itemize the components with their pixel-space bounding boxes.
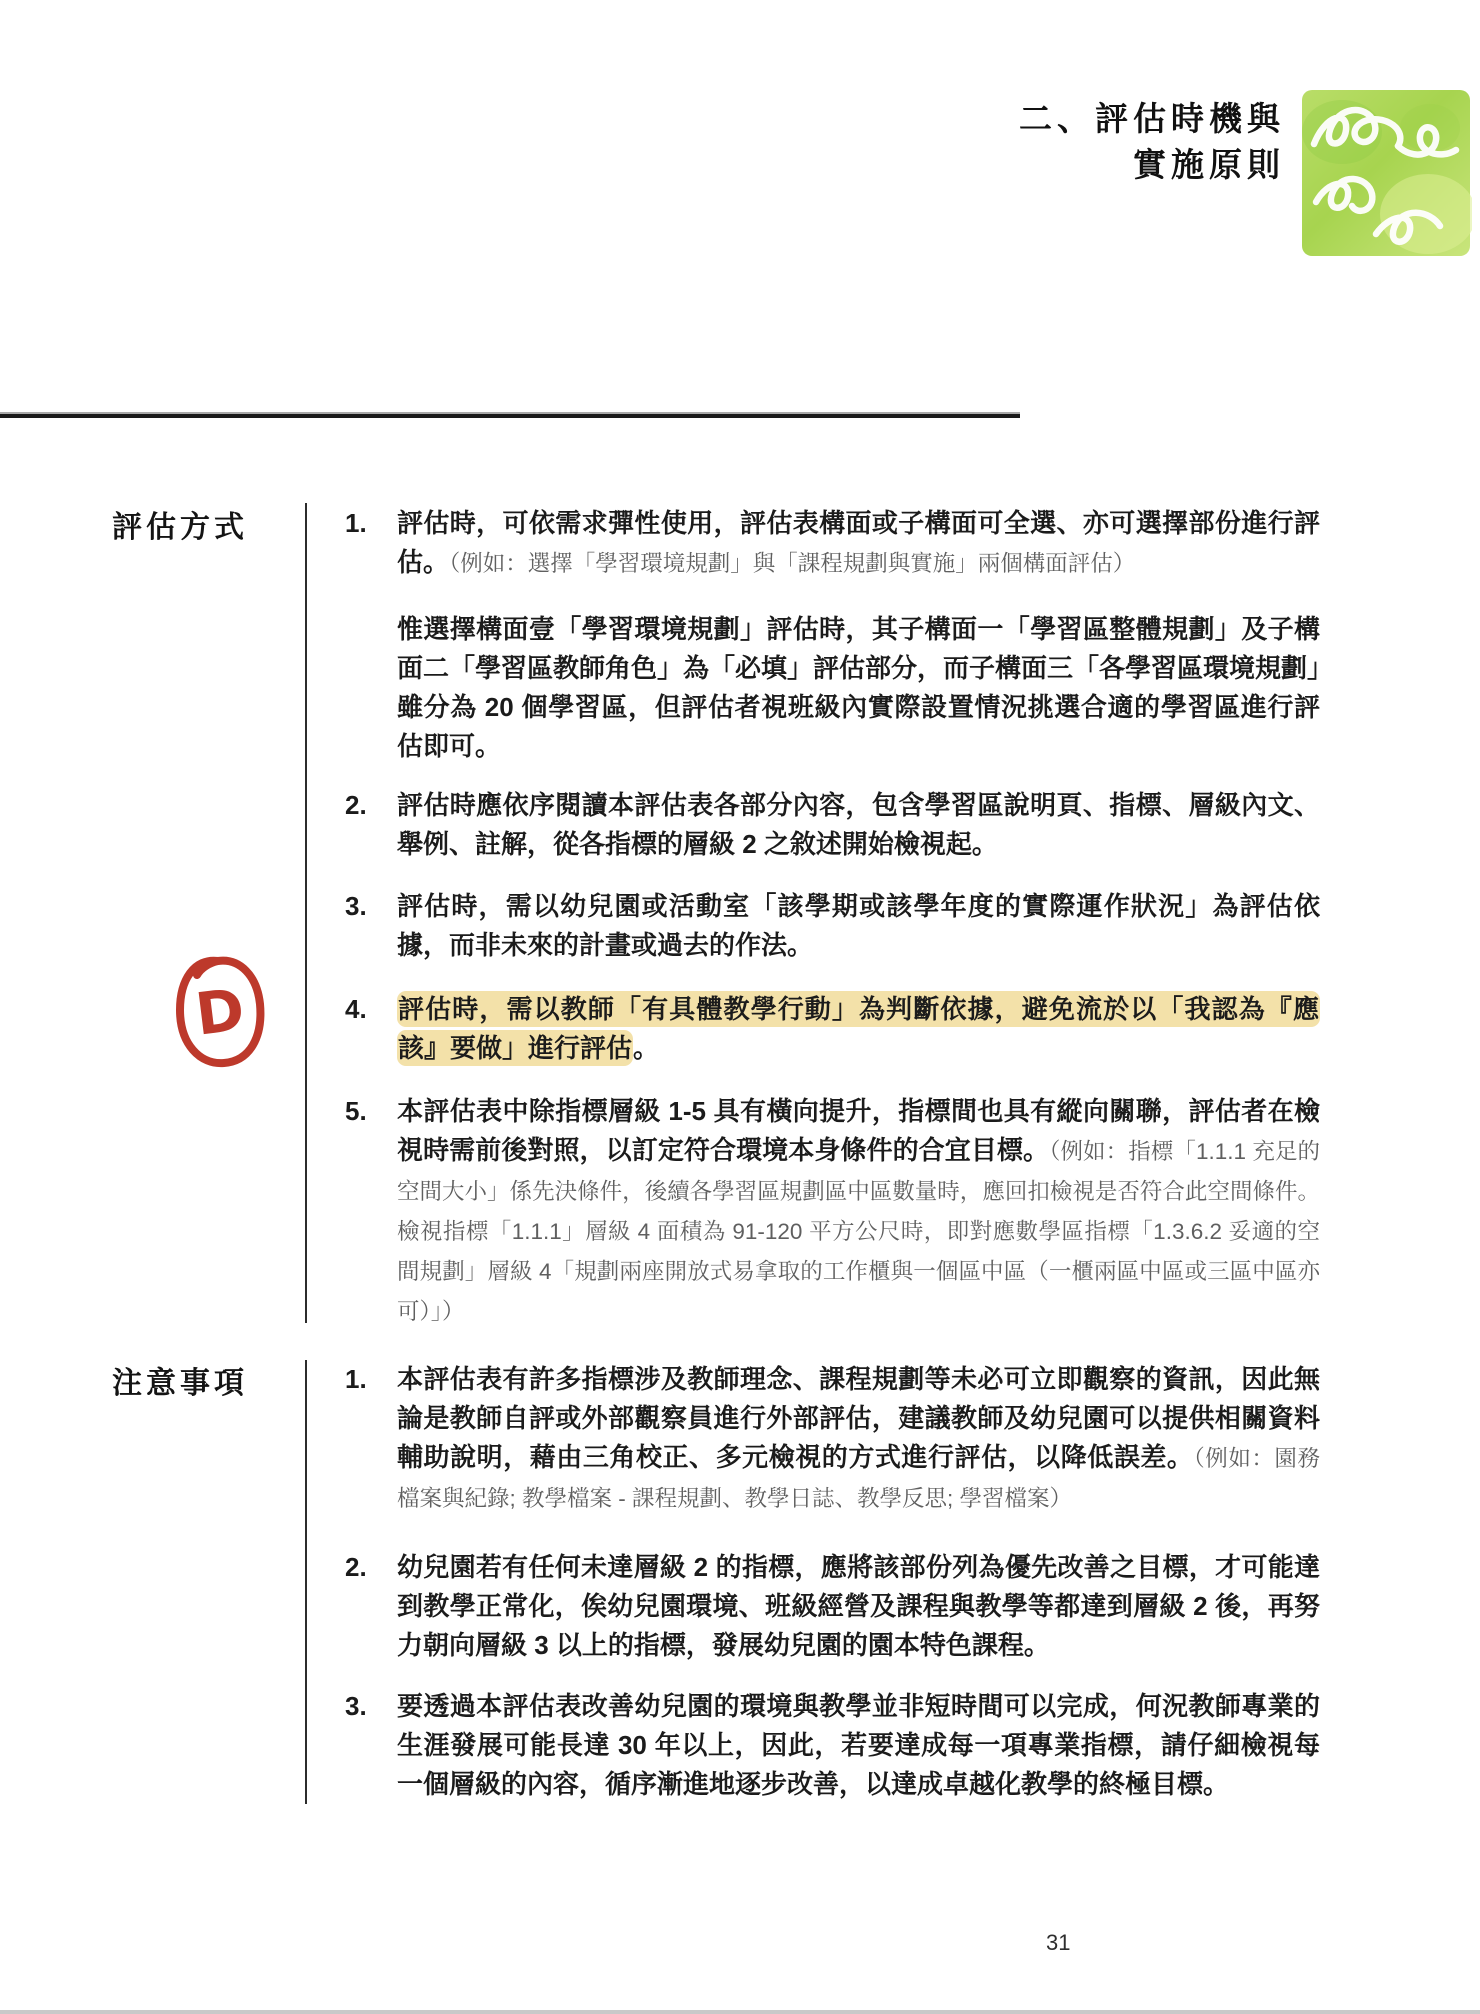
section-divider (305, 1360, 307, 1804)
item-number: 1. (345, 1360, 397, 1399)
item-number: 5. (345, 1092, 397, 1131)
example-text-run: （例如：指標「1.1.1 充足的空間大小」係先決條件，後續各學習區規劃區中區數量… (397, 1139, 1320, 1324)
section-content-notes: 1. 本評估表有許多指標涉及教師理念、課程規劃等未必可立即觀察的資訊，因此無論是… (345, 1360, 1320, 1804)
text-run: 要透過本評估表改善幼兒園的環境與教學並非短時間可以完成，何況教師專業的生涯發展可… (397, 1691, 1320, 1799)
text-run: 惟選擇構面壹「學習環境規劃」評估時，其子構面一「學習區整體規劃」及子構面二「學習… (397, 614, 1320, 761)
item-number: 4. (345, 990, 397, 1029)
item-number: 3. (345, 1687, 397, 1726)
list-item: 2. 評估時應依序閱讀本評估表各部分內容，包含學習區說明頁、指標、層級內文、舉例… (345, 786, 1320, 864)
section-label-notes: 注意事項 (112, 1358, 248, 1402)
item-number: 3. (345, 887, 397, 926)
header-rule (0, 414, 1020, 418)
item-text: 要透過本評估表改善幼兒園的環境與教學並非短時間可以完成，何況教師專業的生涯發展可… (397, 1687, 1320, 1804)
watercolor-illustration (1300, 88, 1472, 258)
item-text: 評估時，需以幼兒園或活動室「該學期或該學年度的實際運作狀況」為評估依據，而非未來… (397, 887, 1320, 965)
item-number: 2. (345, 1548, 397, 1587)
text-run: 評估時，需以幼兒園或活動室「該學期或該學年度的實際運作狀況」為評估依據，而非未來… (397, 891, 1320, 960)
list-item: 3. 評估時，需以幼兒園或活動室「該學期或該學年度的實際運作狀況」為評估依據，而… (345, 887, 1320, 965)
list-item: 3. 要透過本評估表改善幼兒園的環境與教學並非短時間可以完成，何況教師專業的生涯… (345, 1687, 1320, 1804)
watercolor-loops-graphic (1300, 88, 1472, 258)
item-text: 評估時應依序閱讀本評估表各部分內容，包含學習區說明頁、指標、層級內文、舉例、註解… (397, 786, 1320, 864)
item-number: 2. (345, 786, 397, 825)
item-text: 幼兒園若有任何未達層級 2 的指標，應將該部份列為優先改善之目標，才可能達到教學… (397, 1548, 1320, 1665)
item-text: 本評估表有許多指標涉及教師理念、課程規劃等未必可立即觀察的資訊，因此無論是教師自… (397, 1360, 1320, 1518)
text-run: 評估時應依序閱讀本評估表各部分內容，包含學習區說明頁、指標、層級內文、舉例、註解… (397, 790, 1320, 859)
list-item-continuation: 惟選擇構面壹「學習環境規劃」評估時，其子構面一「學習區整體規劃」及子構面二「學習… (345, 610, 1320, 766)
list-item-highlighted: 4. 評估時，需以教師「有具體教學行動」為判斷依據，避免流於以「我認為『應該』要… (345, 990, 1320, 1068)
annotation-letter: D (165, 947, 275, 1078)
list-item: 5. 本評估表中除指標層級 1-5 具有橫向提升，指標間也具有縱向關聯，評估者在… (345, 1092, 1320, 1331)
highlighted-text-run: 評估時，需以教師「有具體教學行動」為判斷依據，避免流於以「我認為『應該』要做」進… (397, 991, 1320, 1066)
item-text: 本評估表中除指標層級 1-5 具有橫向提升，指標間也具有縱向關聯，評估者在檢視時… (397, 1092, 1320, 1331)
item-number: 1. (345, 504, 397, 543)
text-run: 本評估表有許多指標涉及教師理念、課程規劃等未必可立即觀察的資訊，因此無論是教師自… (397, 1364, 1320, 1472)
list-item: 1. 評估時，可依需求彈性使用，評估表構面或子構面可全選、亦可選擇部份進行評估。… (345, 504, 1320, 583)
list-item: 1. 本評估表有許多指標涉及教師理念、課程規劃等未必可立即觀察的資訊，因此無論是… (345, 1360, 1320, 1518)
document-page: 二、評估時機與 實施原則 評估方式 (0, 0, 1480, 2014)
item-text: 評估時，可依需求彈性使用，評估表構面或子構面可全選、亦可選擇部份進行評估。（例如… (397, 504, 1320, 583)
list-item: 2. 幼兒園若有任何未達層級 2 的指標，應將該部份列為優先改善之目標，才可能達… (345, 1548, 1320, 1665)
page-number: 31 (1046, 1930, 1070, 1956)
section-content-assessment-method: 1. 評估時，可依需求彈性使用，評估表構面或子構面可全選、亦可選擇部份進行評估。… (345, 504, 1320, 1331)
page-bottom-edge (0, 2010, 1480, 2014)
item-text: 惟選擇構面壹「學習環境規劃」評估時，其子構面一「學習區整體規劃」及子構面二「學習… (397, 610, 1320, 766)
text-run: 。 (633, 1033, 659, 1063)
page-title-line2: 實施原則 (0, 142, 1285, 188)
example-text-run: （例如：選擇「學習環境規劃」與「課程規劃與實施」兩個構面評估） (449, 551, 1135, 576)
text-run: 幼兒園若有任何未達層級 2 的指標，應將該部份列為優先改善之目標，才可能達到教學… (397, 1552, 1320, 1660)
section-divider (305, 503, 307, 1323)
item-text: 評估時，需以教師「有具體教學行動」為判斷依據，避免流於以「我認為『應該』要做」進… (397, 990, 1320, 1068)
page-title: 二、評估時機與 實施原則 (0, 96, 1285, 188)
handwritten-grade-annotation: D (172, 952, 268, 1072)
section-label-assessment-method: 評估方式 (112, 502, 248, 546)
page-title-line1: 二、評估時機與 (0, 96, 1285, 142)
